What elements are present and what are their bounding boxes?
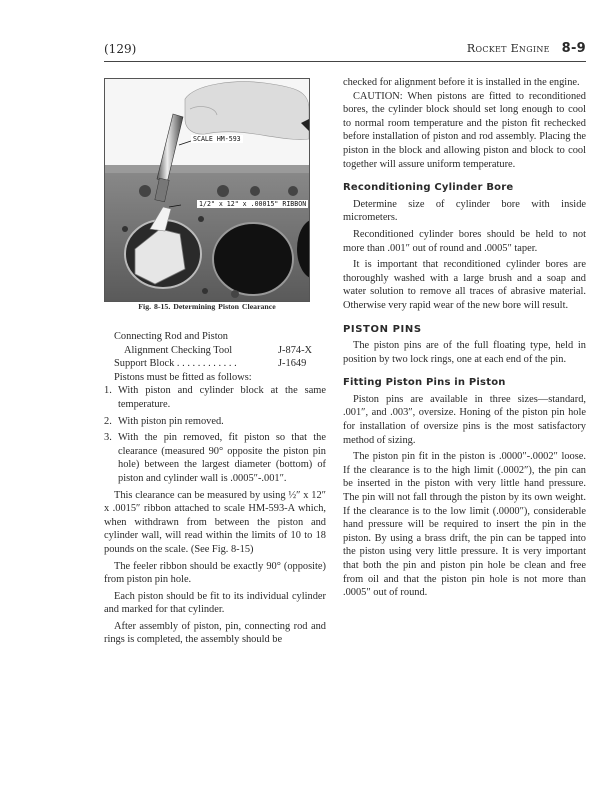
tool-name: Support Block . . . . . . . . . . . . <box>104 357 268 371</box>
continuation-paragraph: checked for alignment before it is insta… <box>343 76 586 90</box>
paragraph: Piston pins are available in three sizes… <box>343 393 586 447</box>
paragraph: The piston pin fit in the piston is .000… <box>343 450 586 600</box>
paragraph: It is important that reconditioned cylin… <box>343 258 586 312</box>
list-item: 2. With piston pin removed. <box>104 415 326 429</box>
chapter-page-number: 8-9 <box>562 41 586 56</box>
running-title-text: Rocket Engine <box>467 42 550 55</box>
list-item: 1. With piston and cylinder block at the… <box>104 384 326 411</box>
scale-callout-label: SCALE HM-593 <box>191 135 243 143</box>
list-text: With piston pin removed. <box>118 415 326 429</box>
intro-paragraph: Pistons must be fitted as follows: <box>104 371 326 385</box>
caution-paragraph: CAUTION: When pistons are fitted to reco… <box>343 90 586 172</box>
figure-caption: Fig. 8-15. Determining Piston Clearance <box>104 302 310 311</box>
tool-line: Alignment Checking Tool J-874-X <box>104 344 326 358</box>
tool-line: Connecting Rod and Piston <box>104 330 326 344</box>
running-title: Rocket Engine 8-9 <box>467 41 586 56</box>
paragraph: This clearance can be measured by using … <box>104 489 326 557</box>
tool-line: Support Block . . . . . . . . . . . . J-… <box>104 357 326 371</box>
left-column: Connecting Rod and Piston Alignment Chec… <box>104 330 326 647</box>
section-heading-reconditioning: Reconditioning Cylinder Bore <box>343 181 586 195</box>
list-text: With piston and cylinder block at the sa… <box>118 384 326 411</box>
figure-photo: SCALE HM-593 1/2" x 12" x .00015" RIBBON <box>104 78 310 302</box>
header-rule <box>104 61 586 62</box>
paragraph: Reconditioned cylinder bores should be h… <box>343 228 586 255</box>
paragraph: The feeler ribbon should be exactly 90° … <box>104 560 326 587</box>
paragraph: Each piston should be fit to its individ… <box>104 590 326 617</box>
tool-number: J-1649 <box>268 357 326 371</box>
tool-number: J-874-X <box>268 344 326 358</box>
tool-name: Alignment Checking Tool <box>114 344 268 358</box>
paragraph: After assembly of piston, pin, connectin… <box>104 620 326 647</box>
page-header: (129) Rocket Engine 8-9 <box>104 38 586 60</box>
ribbon-callout-label: 1/2" x 12" x .00015" RIBBON <box>197 200 308 208</box>
tool-name: Connecting Rod and Piston <box>104 330 326 344</box>
right-column: checked for alignment before it is insta… <box>343 76 586 600</box>
list-number: 3. <box>104 431 118 485</box>
paragraph: Determine size of cylinder bore with ins… <box>343 198 586 225</box>
paragraph: The piston pins are of the full floating… <box>343 339 586 366</box>
piston-clearance-photo-illustration <box>105 79 309 301</box>
list-number: 1. <box>104 384 118 411</box>
list-item: 3. With the pin removed, fit piston so t… <box>104 431 326 485</box>
section-heading-piston-pins: PISTON PINS <box>343 323 586 337</box>
section-heading-fitting-pins: Fitting Piston Pins in Piston <box>343 376 586 390</box>
page-number: (129) <box>104 42 136 56</box>
list-text: With the pin removed, fit piston so that… <box>118 431 326 485</box>
list-number: 2. <box>104 415 118 429</box>
